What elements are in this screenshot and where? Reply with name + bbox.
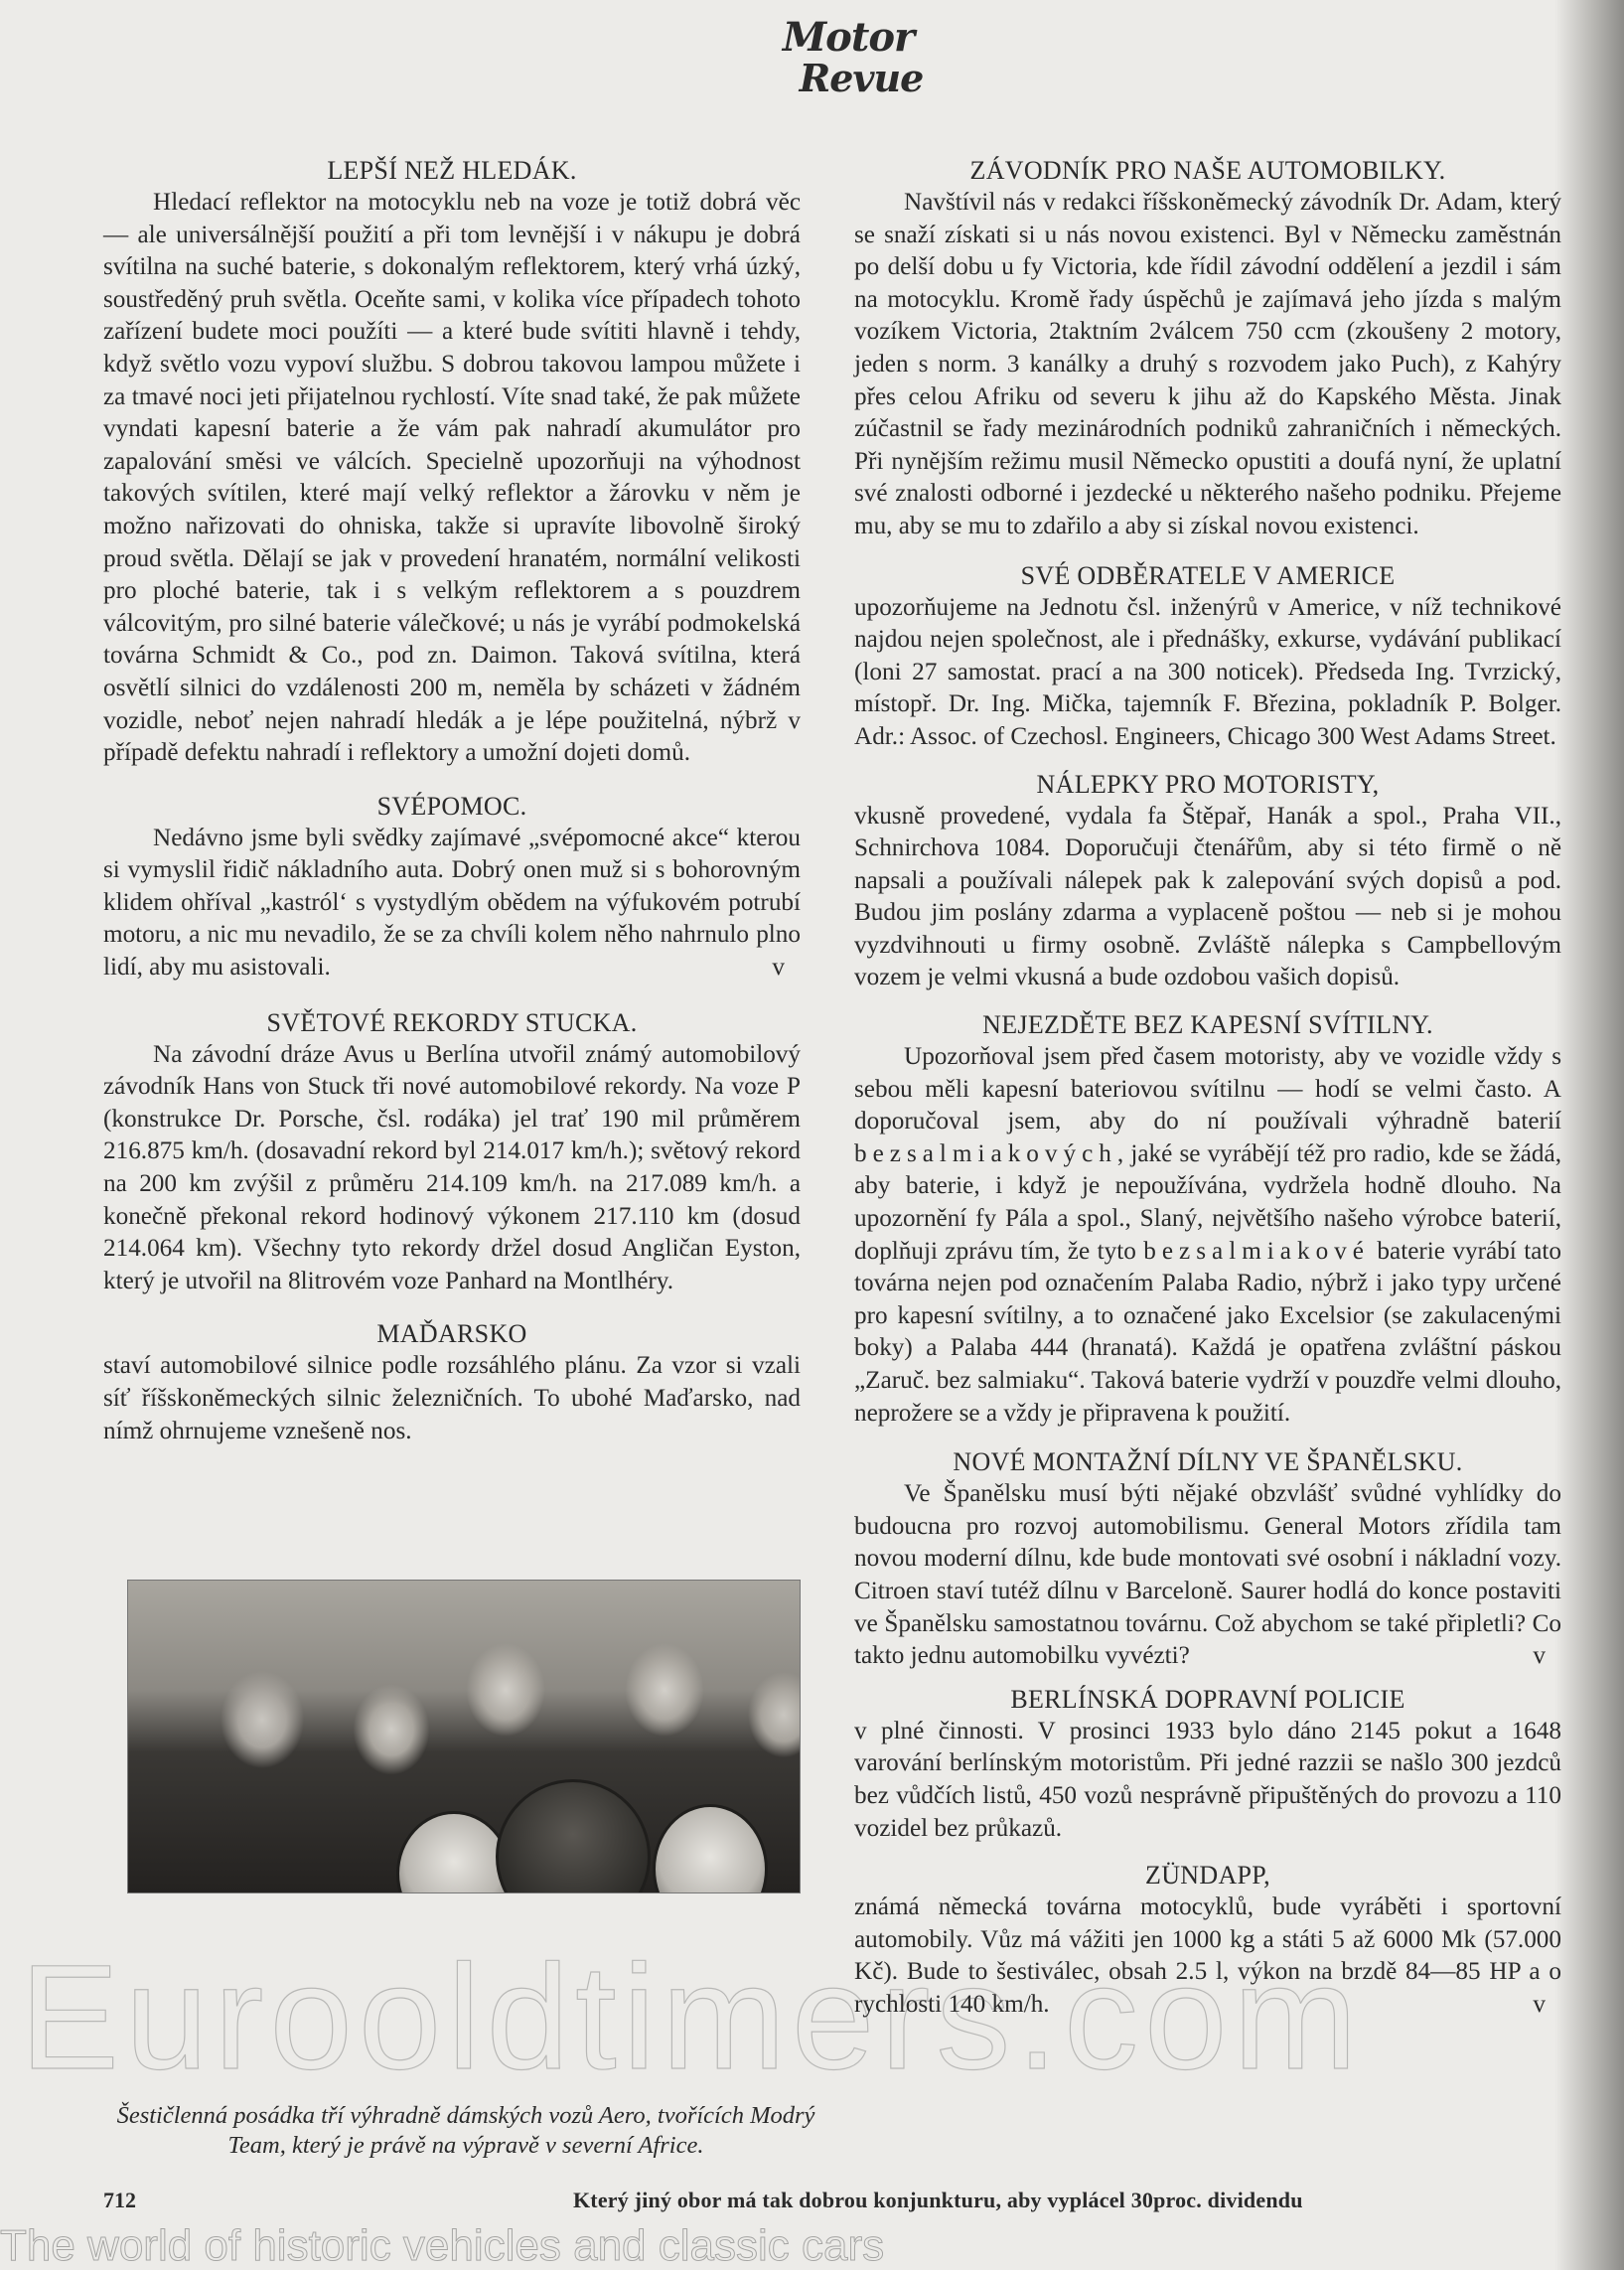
- page-edge-shadow: [1554, 0, 1624, 2270]
- left-column: LEPŠÍ NEŽ HLEDÁK. Hledací reflektor na m…: [103, 154, 801, 1447]
- article-title: LEPŠÍ NEŽ HLEDÁK.: [103, 154, 801, 187]
- article-body-text: Nedávno jsme byli svědky zajímavé „svépo…: [103, 825, 801, 981]
- author-signature: v: [1483, 1640, 1546, 1673]
- masthead-line-1: Motor: [683, 18, 1013, 58]
- article-body: v plné činnosti. V prosinci 1933 bylo dá…: [854, 1716, 1561, 1845]
- emphasized-term: bezsalmiakových: [854, 1140, 1117, 1167]
- page-number: 712: [103, 2188, 136, 2213]
- article-zundapp: ZÜNDAPP, známá německá továrna motocyklů…: [854, 1859, 1561, 2021]
- article-title: SVÉ ODBĚRATELE V AMERICE: [854, 559, 1561, 592]
- masthead-logo: Motor Revue: [695, 18, 1013, 127]
- article-body: Nedávno jsme byli svědky zajímavé „svépo…: [103, 823, 801, 984]
- article-body-text: známá německá továrna motocyklů, bude vy…: [854, 1893, 1561, 2018]
- author-signature: v: [722, 952, 785, 984]
- article-body: upozorňujeme na Jednotu čsl. inženýrů v …: [854, 592, 1561, 754]
- article-title: NOVÉ MONTAŽNÍ DÍLNY VE ŠPANĚLSKU.: [854, 1445, 1561, 1478]
- article-title: SVĚTOVÉ REKORDY STUCKA.: [103, 1006, 801, 1039]
- article-title: BERLÍNSKÁ DOPRAVNÍ POLICIE: [854, 1683, 1561, 1716]
- article-title: ZÜNDAPP,: [854, 1859, 1561, 1892]
- article-body-text: Upozorňoval jsem před časem motoristy, a…: [854, 1043, 1561, 1135]
- article-title: SVÉPOMOC.: [103, 790, 801, 823]
- article-nejezdete-bez-kapesni-svitilny: NEJEZDĚTE BEZ KAPESNÍ SVÍTILNY. Upozorňo…: [854, 1008, 1561, 1430]
- article-body: Na závodní dráze Avus u Berlína utvořil …: [103, 1039, 801, 1298]
- article-lepsi-nez-hledak: LEPŠÍ NEŽ HLEDÁK. Hledací reflektor na m…: [103, 154, 801, 770]
- article-svetove-rekordy-stucka: SVĚTOVÉ REKORDY STUCKA. Na závodní dráze…: [103, 1006, 801, 1298]
- article-title: NÁLEPKY PRO MOTORISTY,: [854, 768, 1561, 801]
- article-body: staví automobilové silnice podle rozsáhl…: [103, 1350, 801, 1447]
- article-body: Navštívil nás v redakci říšskoněmecký zá…: [854, 187, 1561, 543]
- article-title: ZÁVODNÍK PRO NAŠE AUTOMOBILKY.: [854, 154, 1561, 187]
- article-body: Upozorňoval jsem před časem motoristy, a…: [854, 1041, 1561, 1430]
- article-body: Ve Španělsku musí býti nějaké obzvlášť s…: [854, 1478, 1561, 1673]
- article-madarsko: MAĎARSKO staví automobilové silnice podl…: [103, 1317, 801, 1447]
- article-zavodnik-pro-nase-automobilky: ZÁVODNÍK PRO NAŠE AUTOMOBILKY. Navštívil…: [854, 154, 1561, 543]
- article-svepomoc: SVÉPOMOC. Nedávno jsme byli svědky zajím…: [103, 790, 801, 984]
- right-column: ZÁVODNÍK PRO NAŠE AUTOMOBILKY. Navštívil…: [854, 154, 1561, 2022]
- article-nalepky-pro-motoristy: NÁLEPKY PRO MOTORISTY, vkusně provedené,…: [854, 768, 1561, 995]
- watermark-slogan: The world of historic vehicles and class…: [0, 2223, 884, 2269]
- article-body-text: Ve Španělsku musí býti nějaké obzvlášť s…: [854, 1480, 1561, 1669]
- photo-aero-ladies-team: [127, 1580, 801, 1893]
- author-signature: v: [1533, 1989, 1546, 2022]
- masthead-line-2: Revue: [709, 60, 1013, 97]
- photo-caption: Šestičlenná posádka tří výhradně dámskýc…: [103, 2101, 828, 2161]
- article-body-text: baterie vyrábí tato továrna nejen pod oz…: [854, 1238, 1561, 1427]
- article-body: vkusně provedené, vydala fa Štěpař, Haná…: [854, 801, 1561, 995]
- car-headlamp-right: [653, 1804, 768, 1893]
- article-nove-montazni-dilny-ve-spanelsku: NOVÉ MONTAŽNÍ DÍLNY VE ŠPANĚLSKU. Ve Špa…: [854, 1445, 1561, 1673]
- car-radiator: [496, 1779, 651, 1893]
- article-title: NEJEZDĚTE BEZ KAPESNÍ SVÍTILNY.: [854, 1008, 1561, 1041]
- car-headlamp-left: [396, 1811, 512, 1893]
- article-sve-odberatele-v-americe: SVÉ ODBĚRATELE V AMERICE upozorňujeme na…: [854, 559, 1561, 754]
- article-body: známá německá továrna motocyklů, bude vy…: [854, 1892, 1561, 2021]
- article-berlinska-dopravni-policie: BERLÍNSKÁ DOPRAVNÍ POLICIE v plné činnos…: [854, 1683, 1561, 1845]
- article-title: MAĎARSKO: [103, 1317, 801, 1350]
- footer-tagline: Který jiný obor má tak dobrou konjunktur…: [573, 2188, 1303, 2213]
- emphasized-term: bezsalmiakové: [1143, 1238, 1370, 1265]
- article-body: Hledací reflektor na motocyklu neb na vo…: [103, 187, 801, 770]
